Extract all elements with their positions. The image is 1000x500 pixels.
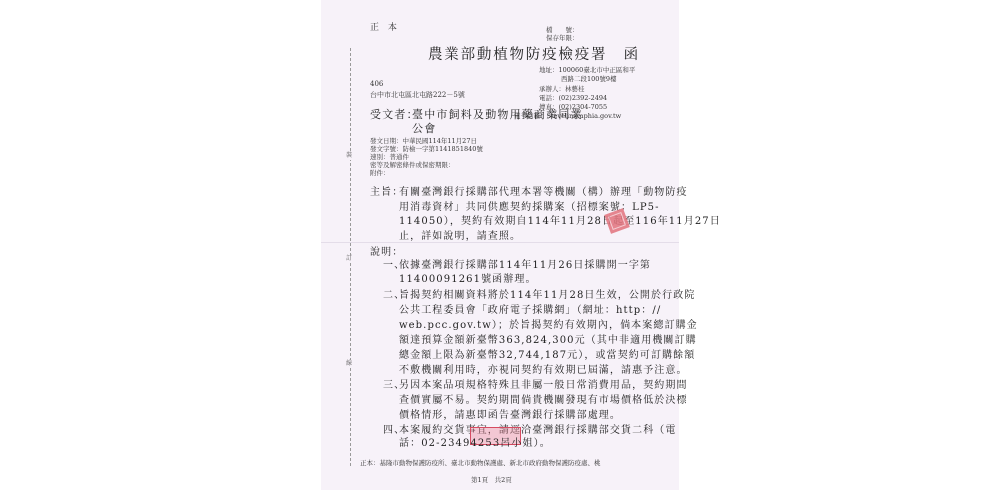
item-3-line-1: 另因本案品項規格特殊且非屬一般日常消費用品，契約期間 bbox=[399, 376, 688, 391]
item-2-line-1: 旨揭契約相關資料將於114年11月28日生效，公開於行政院 bbox=[399, 286, 695, 301]
item-1-line-2: 11400091261號函辦理。 bbox=[399, 270, 537, 285]
sender-address-1: 地址：100060臺北市中正區和平 bbox=[539, 65, 635, 74]
binding-char-2: 訂 bbox=[346, 255, 352, 263]
item-2-line-5: 總金額上限為新臺幣32,744,187元），或當契約可訂購餘額 bbox=[399, 346, 695, 361]
item-2-line-2: 公共工程委員會「政府電子採購網」（網址：http：// bbox=[399, 301, 661, 316]
binding-char-3: 線 bbox=[346, 360, 352, 368]
recipient-name-1: 臺中市飼料及動物用藥商業同業 bbox=[412, 106, 583, 122]
carbon-copy-recipients: 正本：基隆市動物保護防疫所、臺北市動物保護處、新北市政府動物保護防疫處、桃 bbox=[360, 458, 601, 467]
sender-address-2: 西路二段100號9樓 bbox=[561, 74, 617, 83]
item-4-line-2: 話：02-23494253呂小姐）。 bbox=[399, 434, 551, 449]
item-2-line-3: web.pcc.gov.tw）；於旨揭契約有效期內，倘本案總訂購金 bbox=[399, 316, 698, 331]
item-3-line-2: 查價實屬不易。契約期間倘貴機關發現有市場價格低於決標 bbox=[399, 391, 688, 406]
page-number: 第1頁 共2頁 bbox=[471, 475, 512, 484]
item-2-line-6: 不敷機關利用時，亦視同契約有效期已屆滿，請惠予注意。 bbox=[399, 361, 688, 376]
subject-line-4: 止，詳如說明，請查照。 bbox=[399, 227, 521, 242]
subject-line-1: 有關臺灣銀行採購部代理本署等機關（構）辦理「動物防疫 bbox=[399, 183, 688, 198]
item-1-line-1: 依據臺灣銀行採購部114年11月26日採購開一字第 bbox=[399, 256, 651, 271]
recipient-address: 台中市北屯區北屯路222－5號 bbox=[370, 90, 465, 100]
retention-label: 保存年限： bbox=[546, 33, 579, 42]
copy-type: 正 本 bbox=[370, 20, 400, 33]
document-title: 農業部動植物防疫檢疫署 函 bbox=[428, 43, 640, 64]
subject-line-3: 114050），契約有效期自114年11月28日起至116年11月27日 bbox=[399, 212, 721, 227]
contact-person: 承辦人：林藝桂 bbox=[539, 84, 585, 93]
attachment: 附件： bbox=[370, 168, 390, 177]
item-2-line-4: 額達預算金額新臺幣363,824,300元（其中非適用機關訂購 bbox=[399, 331, 697, 346]
postal-code: 406 bbox=[370, 80, 383, 88]
document-page: 裝 訂 線 正 本 檔 號： 保存年限： 農業部動植物防疫檢疫署 函 地址：10… bbox=[321, 0, 679, 490]
recipient-name-2: 公會 bbox=[412, 120, 436, 136]
binding-char-1: 裝 bbox=[346, 152, 352, 160]
item-3-line-3: 價格情形，請惠即函告臺灣銀行採購部處理。 bbox=[399, 406, 621, 421]
phone-number: 電話：(02)2392-2494 bbox=[539, 93, 607, 102]
